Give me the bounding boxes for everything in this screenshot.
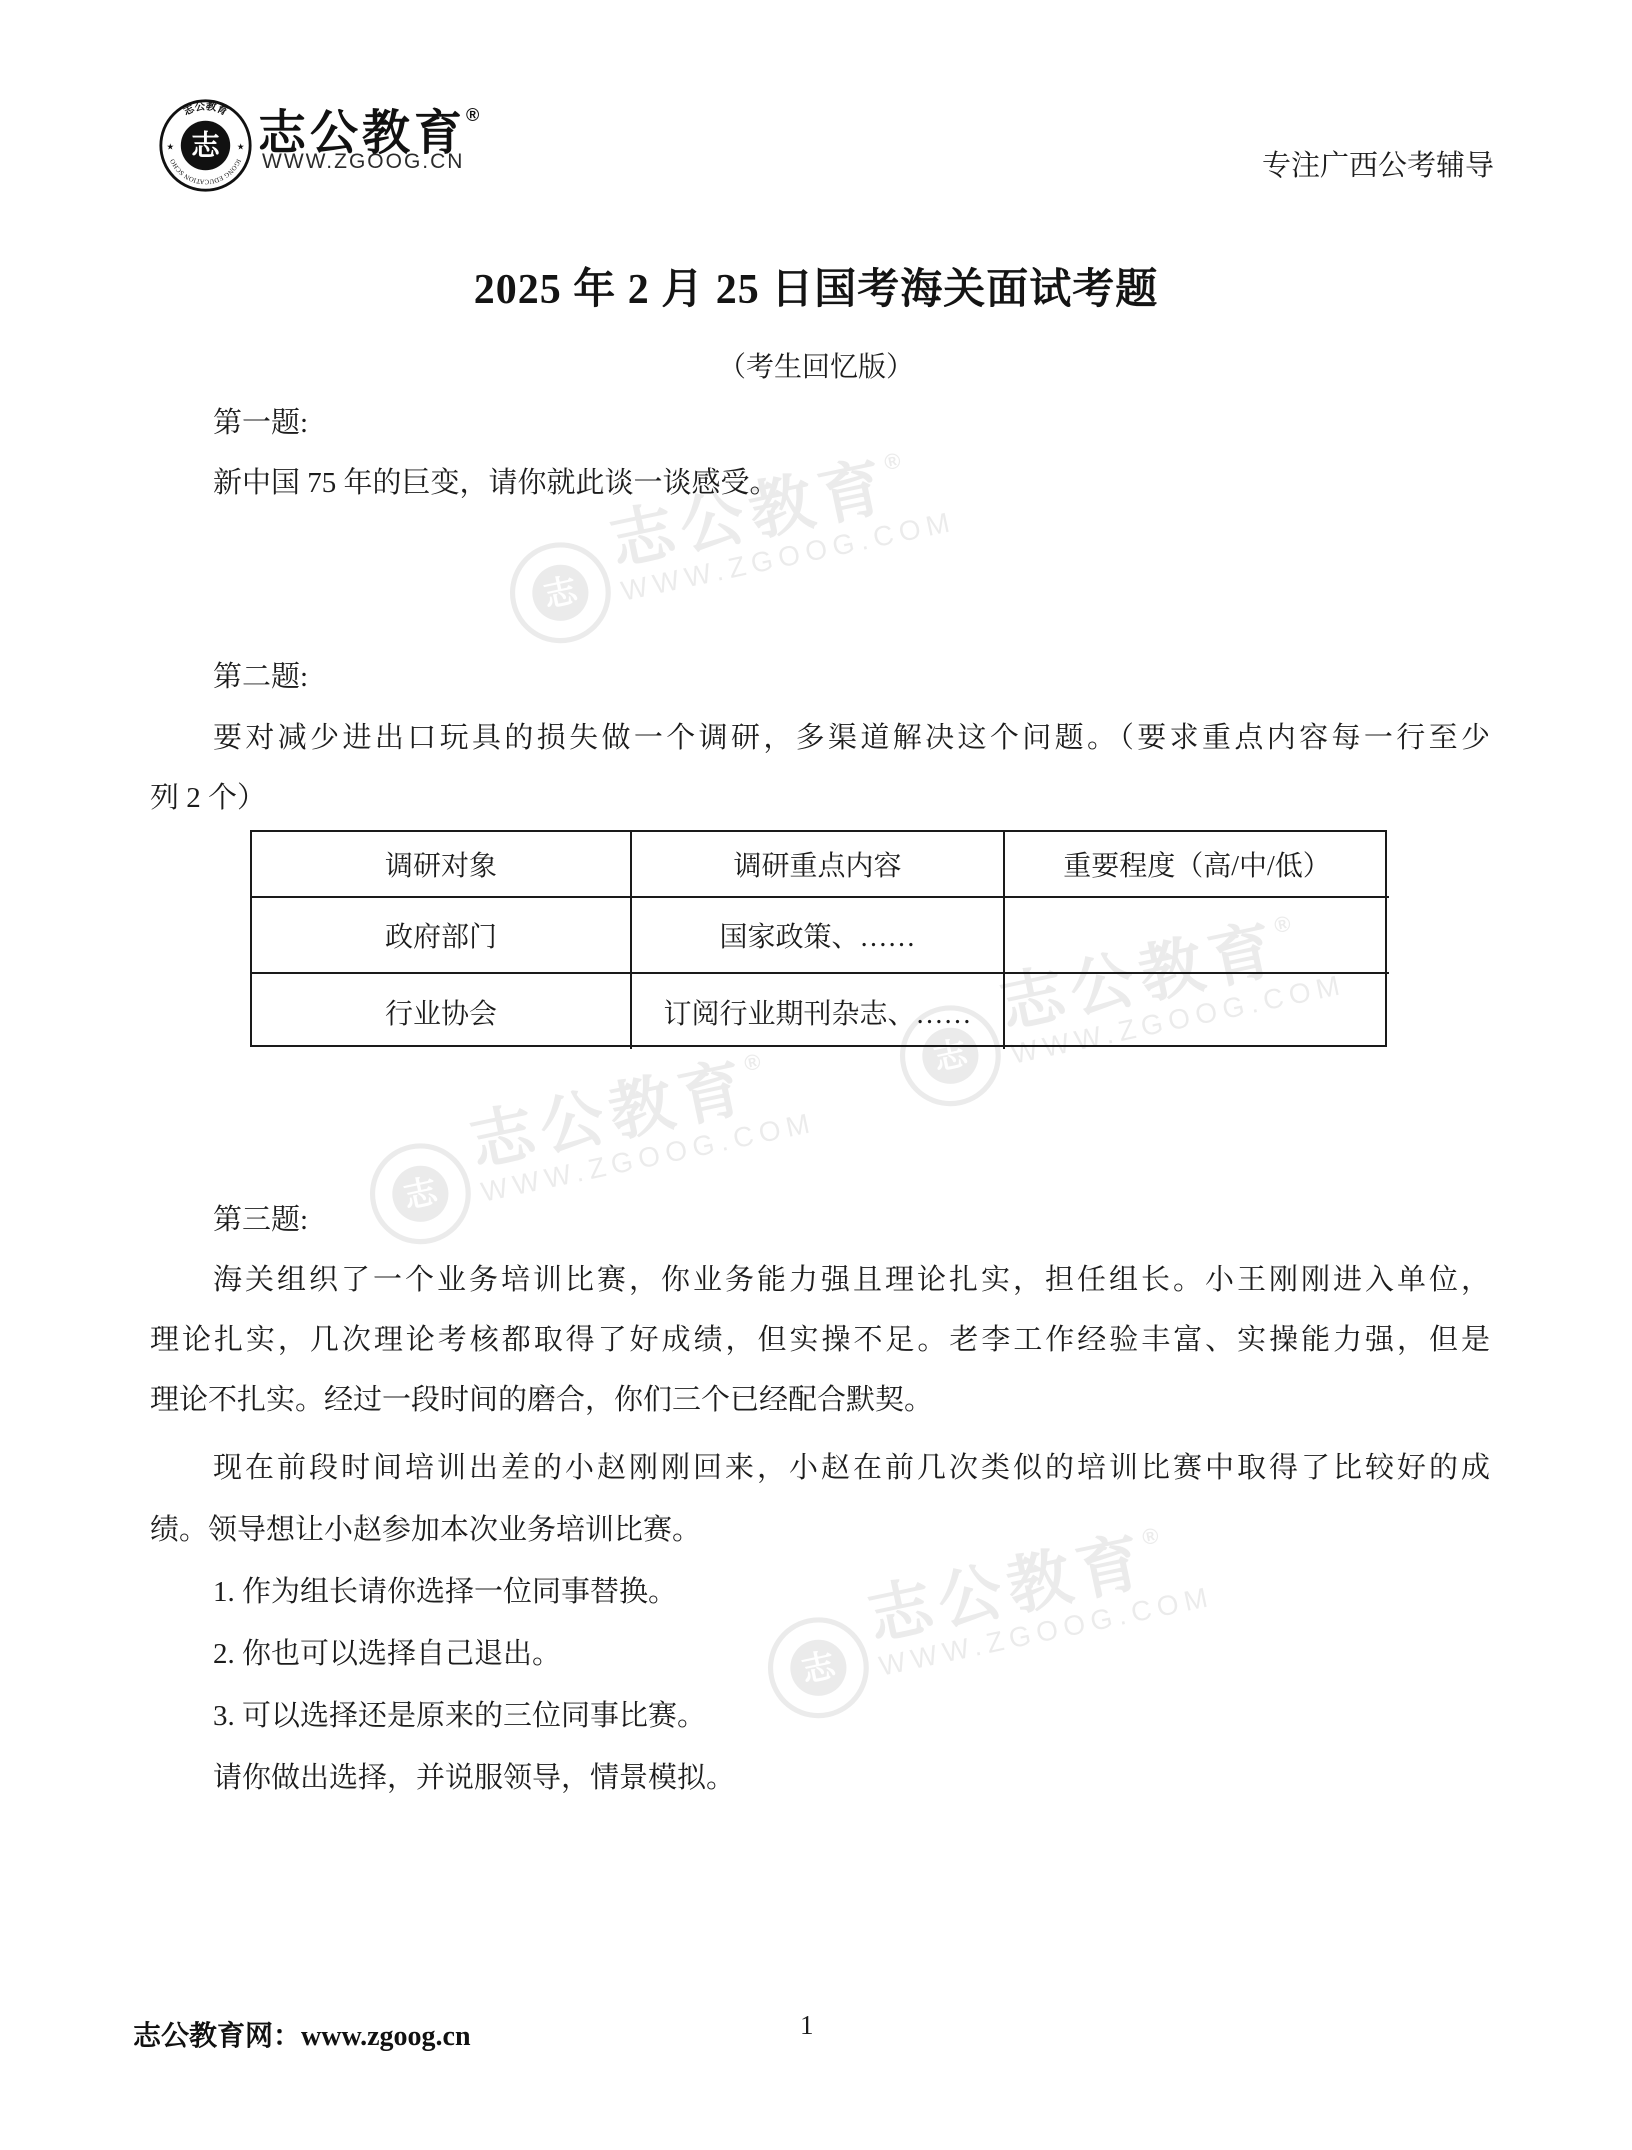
question3-text-line: 理论扎实，几次理论考核都取得了好成绩，但实操不足。老李工作经验丰富、实操能力强，… [150,1323,1490,1357]
watermark-brand: 志公教育® [863,1516,1210,1649]
question1-label: 第一题: [213,406,308,440]
question2-text-line2: 列 2 个） [150,781,266,815]
table-header-cell: 调研重点内容 [632,832,1005,898]
question3-option-1: 1. 作为组长请你选择一位同事替换。 [213,1575,677,1609]
question3-option-3: 3. 可以选择还是原来的三位同事比赛。 [213,1699,706,1733]
page-number: 1 [800,2010,814,2041]
seal-character: 志 [400,1173,441,1216]
table-cell-empty [1005,974,1389,1049]
watermark-site: WWW.ZGOOG.COM [619,507,958,605]
page-subtitle: （考生回忆版） [0,345,1632,385]
zhigong-seal-logo-icon: 志公教育 ZHIGONG EDUCATION SCHOOL ★ ★ 志 [158,98,253,193]
document-page: 志 志公教育® WWW.ZGOOG.COM 志 志公教育® WWW.ZGOOG.… [0,0,1632,2150]
table-cell-empty [1005,898,1389,974]
registered-mark: ® [466,105,479,125]
seal-character: 志 [798,1647,839,1690]
zhigong-seal-icon: 志 [499,531,622,654]
question2-label: 第二题: [213,660,308,694]
research-table: 调研对象 调研重点内容 重要程度（高/中/低） 政府部门 国家政策、…… 行业协… [250,830,1387,1047]
question3-text-line: 现在前段时间培训出差的小赵刚刚回来，小赵在前几次类似的培训比赛中取得了比较好的成 [150,1451,1490,1485]
question3-text-line: 绩。领导想让小赵参加本次业务培训比赛。 [150,1513,701,1547]
footer-website: 志公教育网：www.zgoog.cn [133,2014,471,2054]
watermark-site: WWW.ZGOOG.COM [479,1108,818,1206]
registered-mark: ® [882,447,903,475]
seal-star-left: ★ [167,141,175,151]
watermark: 志 志公教育® WWW.ZGOOG.COM [753,1516,1216,1704]
seal-character: 志 [540,572,581,615]
question3-instruction: 请你做出选择，并说服领导，情景模拟。 [213,1761,735,1795]
question2-text-line1: 要对减少进出口玩具的损失做一个调研，多渠道解决这个问题。（要求重点内容每一行至少 [150,721,1490,755]
table-cell: 国家政策、…… [632,898,1005,974]
watermark-brand: 志公教育® [465,1042,812,1175]
header-tagline: 专注广西公考辅导 [1262,143,1494,184]
page-title: 2025 年 2 月 25 日国考海关面试考题 [0,256,1632,316]
table-cell: 行业协会 [252,974,632,1049]
table-cell: 订阅行业期刊杂志、…… [632,974,1005,1049]
registered-mark: ® [1140,1522,1161,1550]
seal-character: 志 [191,130,220,162]
seal-star-right: ★ [237,141,245,151]
watermark-site: WWW.ZGOOG.COM [877,1582,1216,1680]
question3-text-line: 海关组织了一个业务培训比赛，你业务能力强且理论扎实，担任组长。小王刚刚进入单位， [150,1263,1490,1297]
question3-text-line: 理论不扎实。经过一段时间的磨合，你们三个已经配合默契。 [150,1383,933,1417]
question3-option-2: 2. 你也可以选择自己退出。 [213,1637,561,1671]
zhigong-seal-icon: 志 [359,1132,482,1255]
question3-label: 第三题: [213,1203,308,1237]
brand-website: WWW.ZGOOG.CN [262,150,464,174]
question1-text: 新中国 75 年的巨变，请你就此谈一谈感受。 [213,466,779,500]
table-header-cell: 重要程度（高/中/低） [1005,832,1389,898]
watermark: 志 志公教育® WWW.ZGOOG.COM [355,1042,818,1230]
table-cell: 政府部门 [252,898,632,974]
zhigong-seal-icon: 志 [757,1606,880,1729]
registered-mark: ® [742,1048,763,1076]
table-header-cell: 调研对象 [252,832,632,898]
watermark-brand: 志公教育® [605,441,952,574]
